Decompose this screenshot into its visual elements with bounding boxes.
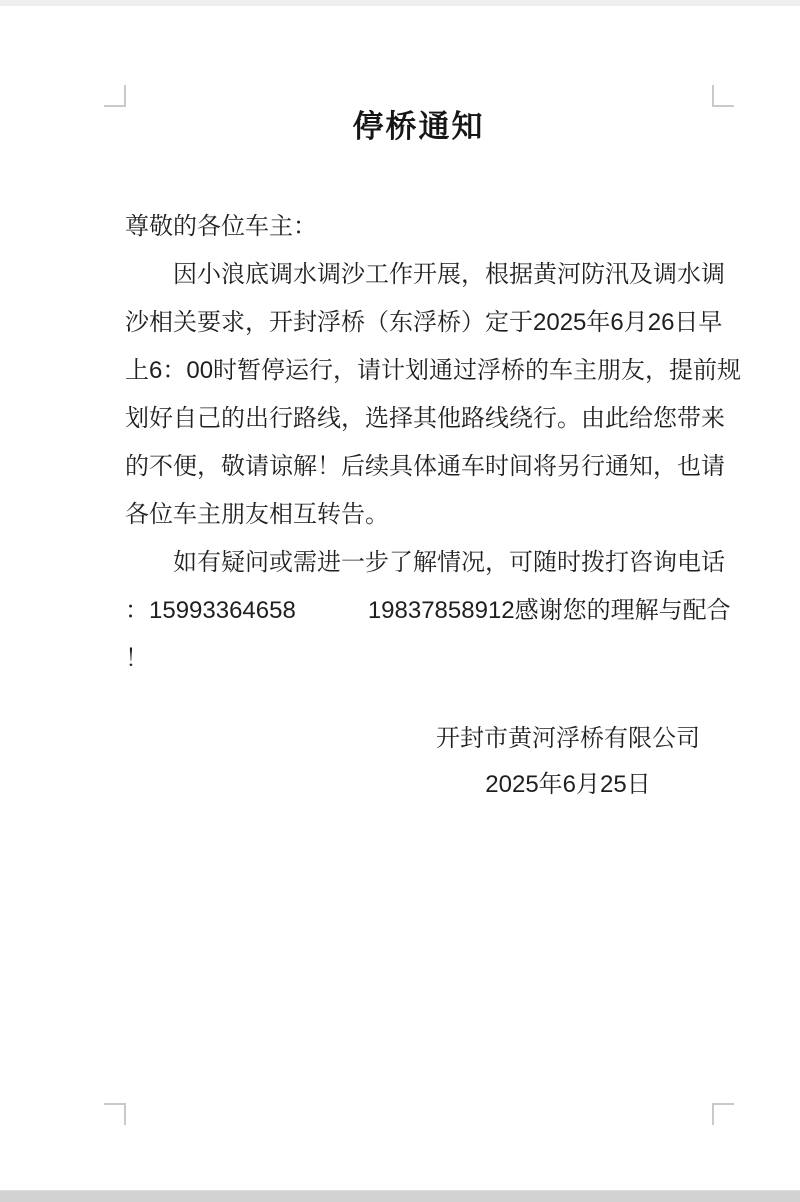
body-line: 沙相关要求，开封浮桥（东浮桥）定于2025年6月26日早 [125, 299, 725, 347]
body-line: 因小浪底调水调沙工作开展，根据黄河防汛及调水调 [125, 251, 725, 299]
margin-mark-bottom-left [104, 1103, 126, 1125]
body-line: ！ [125, 635, 725, 683]
salutation: 尊敬的各位车主： [125, 203, 725, 251]
margin-mark-top-left [104, 85, 126, 107]
margin-mark-bottom-right [712, 1103, 734, 1125]
body-line: 上6：00时暂停运行，请计划通过浮桥的车主朋友，提前规 [125, 347, 725, 395]
signature-date: 2025年6月25日 [485, 762, 650, 808]
body-line: 划好自己的出行路线，选择其他路线绕行。由此给您带来 [125, 395, 725, 443]
screen: 停桥通知 尊敬的各位车主： 因小浪底调水调沙工作开展，根据黄河防汛及调水调 沙相… [0, 0, 800, 1202]
signature-company: 开封市黄河浮桥有限公司 [436, 716, 700, 762]
margin-mark-top-right [712, 85, 734, 107]
document-title: 停桥通知 [125, 106, 712, 148]
document-page: 停桥通知 尊敬的各位车主： 因小浪底调水调沙工作开展，根据黄河防汛及调水调 沙相… [0, 6, 800, 1191]
body-line: ：15993364658 19837858912感谢您的理解与配合 [125, 587, 725, 635]
signature-block: 开封市黄河浮桥有限公司 2025年6月25日 [436, 716, 700, 808]
body-line: 的不便，敬请谅解！后续具体通车时间将另行通知，也请 [125, 443, 725, 491]
bottom-edge-bar [0, 1190, 800, 1202]
body-line: 如有疑问或需进一步了解情况，可随时拨打咨询电话 [125, 539, 725, 587]
document-body: 尊敬的各位车主： 因小浪底调水调沙工作开展，根据黄河防汛及调水调 沙相关要求，开… [125, 203, 725, 683]
body-line: 各位车主朋友相互转告。 [125, 491, 725, 539]
body-lines: 因小浪底调水调沙工作开展，根据黄河防汛及调水调 沙相关要求，开封浮桥（东浮桥）定… [125, 251, 725, 683]
